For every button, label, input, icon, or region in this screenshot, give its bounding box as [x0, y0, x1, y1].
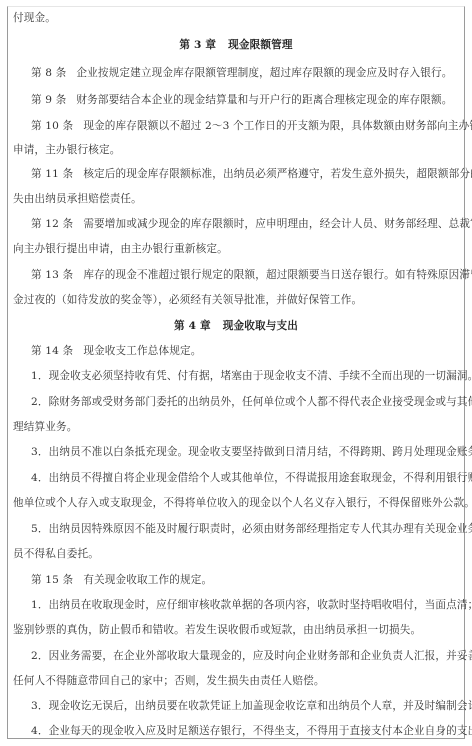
- item-text: 2．除财务部或受财务部门委托的出纳员外，任何单位或个人都不得代表企业接受现金或与…: [31, 396, 472, 408]
- article-number: 第 10 条: [31, 120, 73, 132]
- article-10: 第 10 条现金的库存限额以不超过 2～3 个工作日的开支额为限，具体数额由财务…: [31, 118, 460, 134]
- article-text: 财务部要结合本企业的现金结算量和与开户行的距离合理核定现金的库存限额。: [76, 94, 452, 106]
- item-text: 4．企业每天的现金收入应及时足额送存银行，不得坐支，不得用于直接支付本企业自身的…: [31, 725, 472, 737]
- article-number: 第 13 条: [31, 269, 73, 281]
- item-text: 1．现金收支必须坚持收有凭、付有据，堵塞由于现金收支不清、手续不全而出现的一切漏…: [31, 370, 472, 382]
- article-text: 库存的现金不准超过银行规定的限额，超过限额要当日送存银行。如有特殊原因滞留超额现: [83, 269, 472, 281]
- line-text: 金过夜的（如待发放的奖金等），必须经有关领导批准，并做好保管工作。: [13, 294, 362, 306]
- line-text: 付现金。: [13, 12, 56, 24]
- list-item: 2．除财务部或受财务部门委托的出纳员外，任何单位或个人都不得代表企业接受现金或与…: [31, 394, 460, 410]
- list-item: 2．因业务需要，在企业外部收取大量现金的，应及时向企业财务部和企业负责人汇报，并…: [31, 648, 460, 664]
- paragraph-continuation: 员不得私自委托。: [13, 546, 460, 562]
- paragraph-continuation: 付现金。: [13, 10, 460, 26]
- item-text: 3．现金收讫无误后，出纳员要在收款凭证上加盖现金收讫章和出纳员个人章，并及时编制…: [31, 700, 472, 712]
- line-text: 鉴别钞票的真伪，防止假币和错收。若发生误收假币或短款，由出纳员承担一切损失。: [13, 624, 421, 636]
- article-text: 需要增加或减少现金的库存限额时，应申明理由，经会计人员、财务部经理、总裁审批后，: [83, 218, 472, 230]
- item-text: 1．出纳员在收取现金时，应仔细审核收款单据的各项内容，收款时坚持唱收唱付，当面点…: [31, 599, 472, 611]
- line-text: 失由出纳员承担赔偿责任。: [13, 193, 142, 205]
- paragraph-continuation: 向主办银行提出申请，由主办银行重新核定。: [13, 241, 460, 257]
- article-number: 第 11 条: [31, 168, 73, 180]
- article-number: 第 15 条: [31, 574, 73, 586]
- chapter-number: 第 4 章: [174, 320, 211, 332]
- article-12: 第 12 条需要增加或减少现金的库存限额时，应申明理由，经会计人员、财务部经理、…: [31, 216, 460, 232]
- line-text: 他单位或个人存入或支取现金，不得将单位收入的现金以个人名义存入银行，不得保留账外…: [13, 497, 472, 509]
- list-item: 3．出纳员不准以白条抵充现金。现金收支要坚持做到日清月结，不得跨期、跨月处理现金…: [31, 444, 460, 460]
- article-text: 核定后的现金库存限额标准，出纳员必须严格遵守，若发生意外损失，超限额部分的现金损: [83, 168, 472, 180]
- paragraph-continuation: 申请，主办银行核定。: [13, 142, 460, 158]
- line-text: 理结算业务。: [13, 421, 77, 433]
- article-text: 现金的库存限额以不超过 2～3 个工作日的开支额为限，具体数额由财务部向主办银行…: [83, 120, 472, 132]
- paragraph-continuation: 他单位或个人存入或支取现金，不得将单位收入的现金以个人名义存入银行，不得保留账外…: [13, 495, 460, 511]
- item-text: 4．出纳员不得擅自将企业现金借给个人或其他单位，不得谎报用途套取现金，不得利用银…: [31, 472, 472, 484]
- list-item: 1．现金收支必须坚持收有凭、付有据，堵塞由于现金收支不清、手续不全而出现的一切漏…: [31, 368, 460, 384]
- line-text: 向主办银行提出申请，由主办银行重新核定。: [13, 243, 228, 255]
- line-text: 申请，主办银行核定。: [13, 144, 120, 156]
- list-item: 5．出纳员因特殊原因不能及时履行职责时，必须由财务部经理指定专人代其办理有关现金…: [31, 521, 460, 537]
- chapter-number: 第 3 章: [179, 39, 216, 51]
- paragraph-continuation: 理结算业务。: [13, 419, 460, 435]
- chapter-title: 现金收取与支出: [223, 320, 298, 332]
- paragraph-continuation: 金过夜的（如待发放的奖金等），必须经有关领导批准，并做好保管工作。: [13, 292, 460, 308]
- item-text: 2．因业务需要，在企业外部收取大量现金的，应及时向企业财务部和企业负责人汇报，并…: [31, 650, 472, 662]
- line-text: 员不得私自委托。: [13, 548, 99, 560]
- item-text: 3．出纳员不准以白条抵充现金。现金收支要坚持做到日清月结，不得跨期、跨月处理现金…: [31, 446, 472, 458]
- article-number: 第 12 条: [31, 218, 73, 230]
- list-item: 4．企业每天的现金收入应及时足额送存银行，不得坐支，不得用于直接支付本企业自身的…: [31, 723, 460, 739]
- article-text: 现金收支工作总体规定。: [83, 345, 201, 357]
- article-13: 第 13 条库存的现金不准超过银行规定的限额，超过限额要当日送存银行。如有特殊原…: [31, 267, 460, 283]
- chapter-heading: 第 3 章现金限额管理: [0, 37, 472, 53]
- paragraph-continuation: 失由出纳员承担赔偿责任。: [13, 191, 460, 207]
- article-15: 第 15 条有关现金收取工作的规定。: [31, 572, 460, 588]
- line-text: 任何人不得随意带回自己的家中；否则，发生损失由责任人赔偿。: [13, 675, 325, 687]
- article-11: 第 11 条核定后的现金库存限额标准，出纳员必须严格遵守，若发生意外损失，超限额…: [31, 166, 460, 182]
- paragraph-continuation: 任何人不得随意带回自己的家中；否则，发生损失由责任人赔偿。: [13, 673, 460, 689]
- article-text: 企业按规定建立现金库存限额管理制度，超过库存限额的现金应及时存入银行。: [76, 67, 452, 79]
- chapter-title: 现金限额管理: [228, 39, 292, 51]
- paragraph-continuation: 鉴别钞票的真伪，防止假币和错收。若发生误收假币或短款，由出纳员承担一切损失。: [13, 622, 460, 638]
- item-text: 5．出纳员因特殊原因不能及时履行职责时，必须由财务部经理指定专人代其办理有关现金…: [31, 523, 472, 535]
- article-14: 第 14 条现金收支工作总体规定。: [31, 343, 460, 359]
- article-number: 第 9 条: [31, 94, 66, 106]
- article-8: 第 8 条企业按规定建立现金库存限额管理制度，超过库存限额的现金应及时存入银行。: [31, 65, 460, 81]
- list-item: 3．现金收讫无误后，出纳员要在收款凭证上加盖现金收讫章和出纳员个人章，并及时编制…: [31, 698, 460, 714]
- article-number: 第 8 条: [31, 67, 66, 79]
- article-9: 第 9 条财务部要结合本企业的现金结算量和与开户行的距离合理核定现金的库存限额。: [31, 92, 460, 108]
- article-text: 有关现金收取工作的规定。: [83, 574, 212, 586]
- list-item: 4．出纳员不得擅自将企业现金借给个人或其他单位，不得谎报用途套取现金，不得利用银…: [31, 470, 460, 486]
- chapter-heading: 第 4 章现金收取与支出: [0, 318, 472, 334]
- list-item: 1．出纳员在收取现金时，应仔细审核收款单据的各项内容，收款时坚持唱收唱付，当面点…: [31, 597, 460, 613]
- article-number: 第 14 条: [31, 345, 73, 357]
